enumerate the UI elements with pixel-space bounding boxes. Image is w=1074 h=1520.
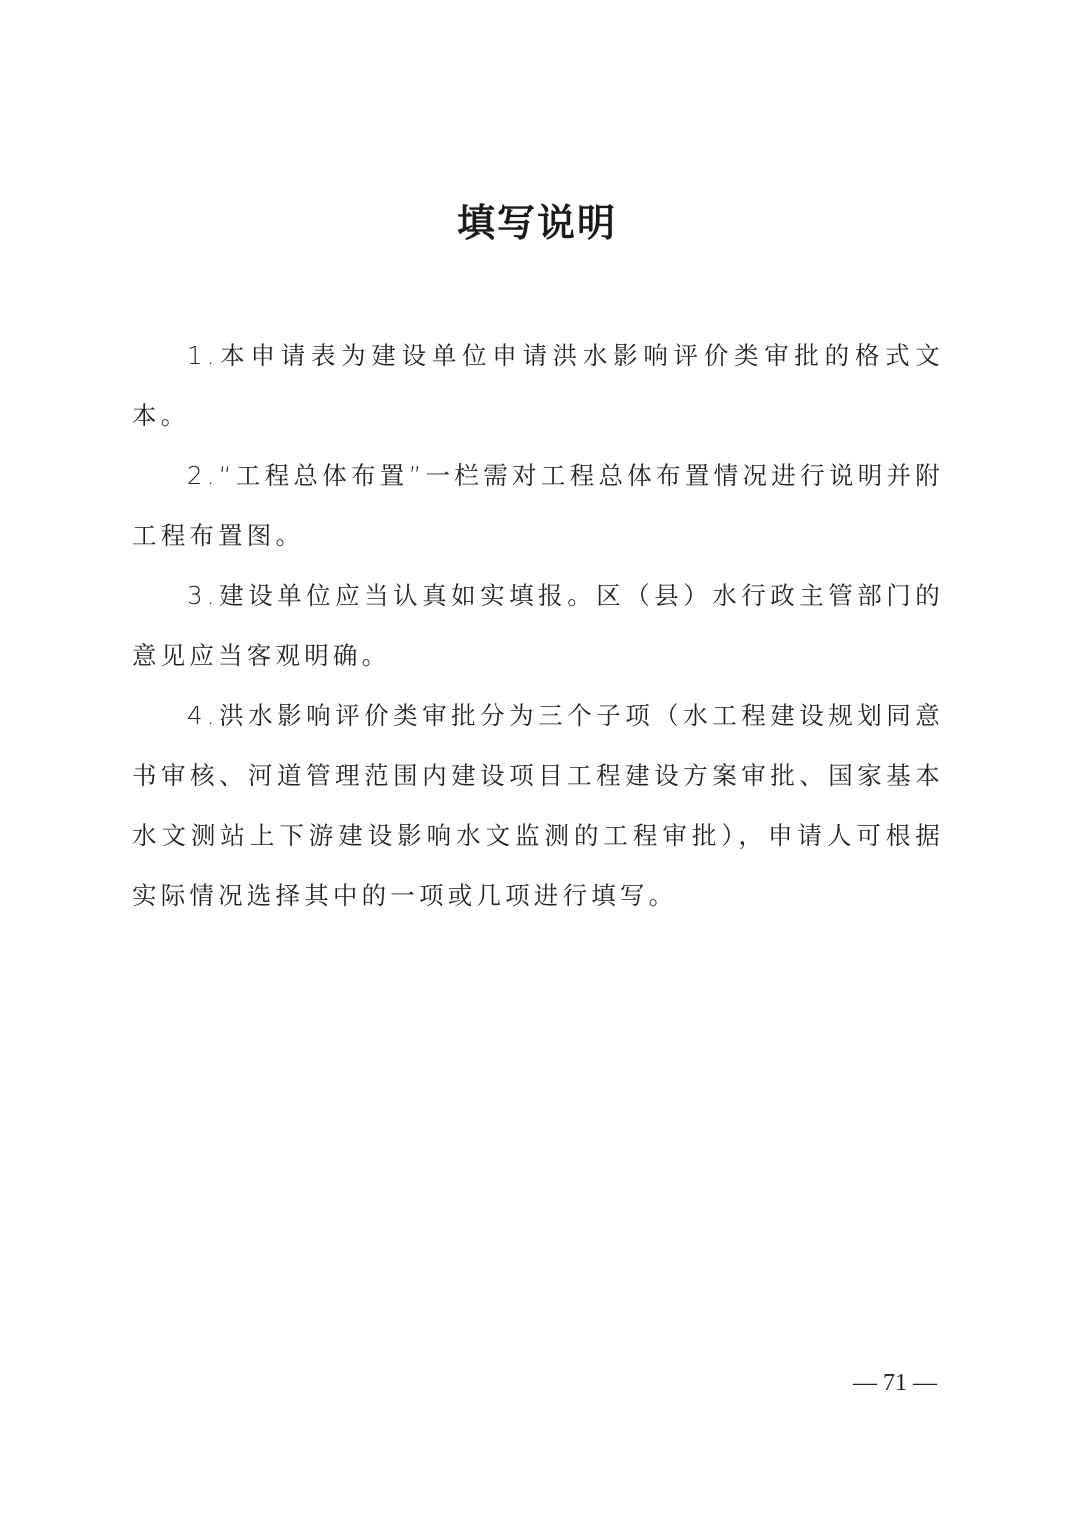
page-title: 填写说明 <box>0 192 1074 247</box>
page-number: — 71 — <box>840 1370 950 1397</box>
instruction-paragraph-2: 2.“工程总体布置”一栏需对工程总体布置情况进行说明并附工程布置图。 <box>132 446 944 566</box>
instruction-paragraph-1: 1.本申请表为建设单位申请洪水影响评价类审批的格式文本。 <box>132 326 944 446</box>
instruction-paragraph-4: 4.洪水影响评价类审批分为三个子项（水工程建设规划同意书审核、河道管理范围内建设… <box>132 686 944 926</box>
instruction-paragraph-3: 3.建设单位应当认真如实填报。区（县）水行政主管部门的意见应当客观明确。 <box>132 566 944 686</box>
instructions-body: 1.本申请表为建设单位申请洪水影响评价类审批的格式文本。 2.“工程总体布置”一… <box>132 326 944 926</box>
